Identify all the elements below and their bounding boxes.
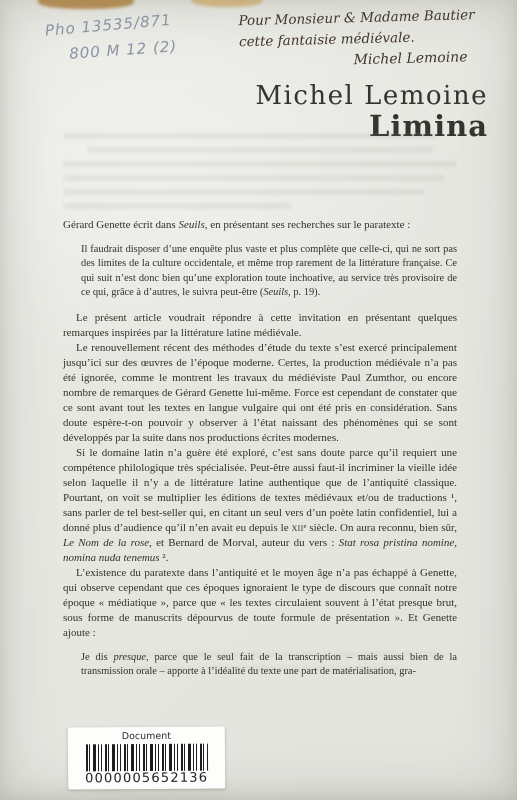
block-quote: Il faudrait disposer d’une enquête plus … [81, 243, 457, 301]
bleed-through-line [63, 175, 445, 181]
bleed-through-line [87, 147, 434, 153]
barcode-label: Document [122, 730, 171, 741]
tape-stain-left [38, 0, 134, 9]
barcode-sticker: Document 0000005652136 [68, 726, 225, 789]
block-quote: Je dis presque, parce que le seul fait d… [81, 651, 457, 680]
paragraph: L’existence du paratexte dans l’antiquit… [63, 566, 457, 641]
bleed-through-text [63, 133, 457, 217]
handwritten-dedication: Pour Monsieur & Madame Bautier cette fan… [238, 5, 490, 75]
article-body: Gérard Genette écrit dans Seuils, en pré… [63, 218, 457, 689]
tape-stain-right [191, 0, 263, 7]
bleed-through-line [63, 161, 457, 167]
bleed-through-line [63, 189, 425, 195]
scanned-page: Pho 13535/871 800 M 12 (2) Pour Monsieur… [0, 0, 517, 800]
bleed-through-line [63, 133, 437, 139]
paragraph: Si le domaine latin n’a guère été explor… [63, 446, 457, 566]
author-name: Michel Lemoine [255, 82, 488, 110]
paragraph: Le présent article voudrait répondre à c… [63, 311, 457, 341]
library-call-numbers: Pho 13535/871 800 M 12 (2) [44, 6, 178, 69]
bleed-through-line [63, 203, 292, 209]
barcode-icon [85, 743, 207, 771]
paragraph: Le renouvellement récent des méthodes d’… [63, 341, 457, 446]
paragraph: Gérard Genette écrit dans Seuils, en pré… [63, 218, 457, 233]
barcode-number: 0000005652136 [85, 771, 208, 786]
